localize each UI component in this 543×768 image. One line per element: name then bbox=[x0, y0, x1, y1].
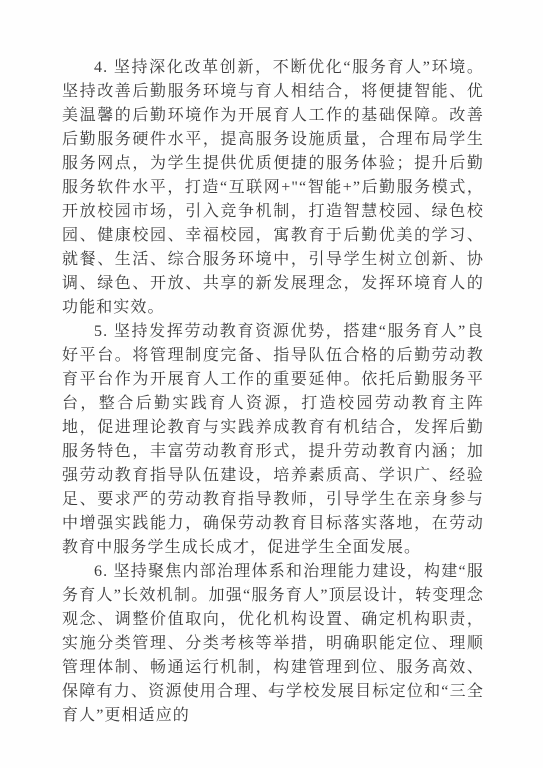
page-number: 4 bbox=[0, 682, 543, 697]
paragraph-item-6: 6. 坚持聚焦内部治理体系和治理能力建设，构建“服务育人”长效机制。加强“服务育… bbox=[62, 560, 484, 728]
paragraph-item-5: 5. 坚持发挥劳动教育资源优势，搭建“服务育人”良好平台。将管理制度完备、指导队… bbox=[62, 320, 484, 560]
page-body-text: 4. 坚持深化改革创新，不断优化“服务育人”环境。坚持改善后勤服务环境与育人相结… bbox=[62, 56, 484, 728]
paragraph-item-4: 4. 坚持深化改革创新，不断优化“服务育人”环境。坚持改善后勤服务环境与育人相结… bbox=[62, 56, 484, 320]
document-page: 4. 坚持深化改革创新，不断优化“服务育人”环境。坚持改善后勤服务环境与育人相结… bbox=[0, 0, 543, 768]
